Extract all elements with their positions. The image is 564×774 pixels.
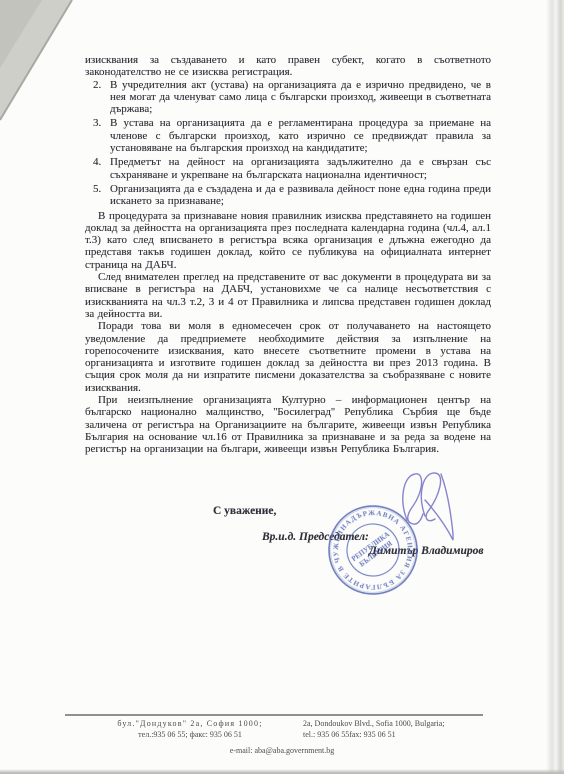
- footer-email: e-mail: aba@aba.government.bg: [182, 746, 382, 757]
- list-item-text: В устава на организацията да е регламент…: [110, 117, 491, 154]
- paper-edge-bottom: [0, 769, 564, 774]
- letter-body: изисквания за създаването и като правен …: [85, 54, 491, 456]
- closing-salutation: С уважение,: [213, 505, 276, 517]
- footer-address-bg-line1: бул."Дондуков" 2а, София 1000;: [92, 719, 288, 730]
- list-item: 5. Организацията да е създадена и да е р…: [85, 183, 491, 208]
- footer-address-en-line1: 2a, Dondoukov Blvd., Sofia 1000, Bulgari…: [303, 719, 488, 730]
- scan-corner-shadow: [0, 0, 80, 125]
- paragraph: В процедурата за признаване новия правил…: [85, 210, 491, 271]
- paragraph: След внимателен преглед на представените…: [85, 271, 491, 320]
- list-item-text: Организацията да е създадена и да е разв…: [110, 183, 491, 207]
- list-item-text: Предметът на дейност на организацията за…: [110, 156, 491, 180]
- list-item: 4. Предметът на дейност на организацията…: [85, 156, 491, 181]
- paragraph: При неизпълнение организацията Културно …: [85, 394, 491, 455]
- list-item-number: 4.: [93, 156, 101, 168]
- footer-address-en-line2: tel.: 935 06 55fax: 935 06 51: [303, 730, 488, 741]
- scanned-letter-page: изисквания за създаването и като правен …: [0, 0, 564, 774]
- list-item: 2. В учредителния акт (устава) на органи…: [85, 79, 491, 116]
- list-item-text: В учредителния акт (устава) на организац…: [110, 79, 491, 116]
- footer-address-bg-line2: тел.:935 06 55; факс: 935 06 51: [92, 730, 288, 741]
- list-item-number: 3.: [93, 117, 101, 129]
- footer-address-bulgarian: бул."Дондуков" 2а, София 1000; тел.:935 …: [92, 719, 288, 740]
- footer-address-english: 2a, Dondoukov Blvd., Sofia 1000, Bulgari…: [303, 719, 488, 740]
- list-item-number: 5.: [93, 183, 101, 195]
- footer-divider: [65, 714, 483, 716]
- list-item-number: 2.: [93, 79, 101, 91]
- paper-edge-right: [546, 0, 564, 774]
- intro-continuation-text: изисквания за създаването и като правен …: [85, 54, 491, 79]
- paragraph: Поради това ви моля в едномесечен срок о…: [85, 320, 491, 394]
- handwritten-signature: [385, 462, 480, 557]
- list-item: 3. В устава на организацията да е реглам…: [85, 117, 491, 154]
